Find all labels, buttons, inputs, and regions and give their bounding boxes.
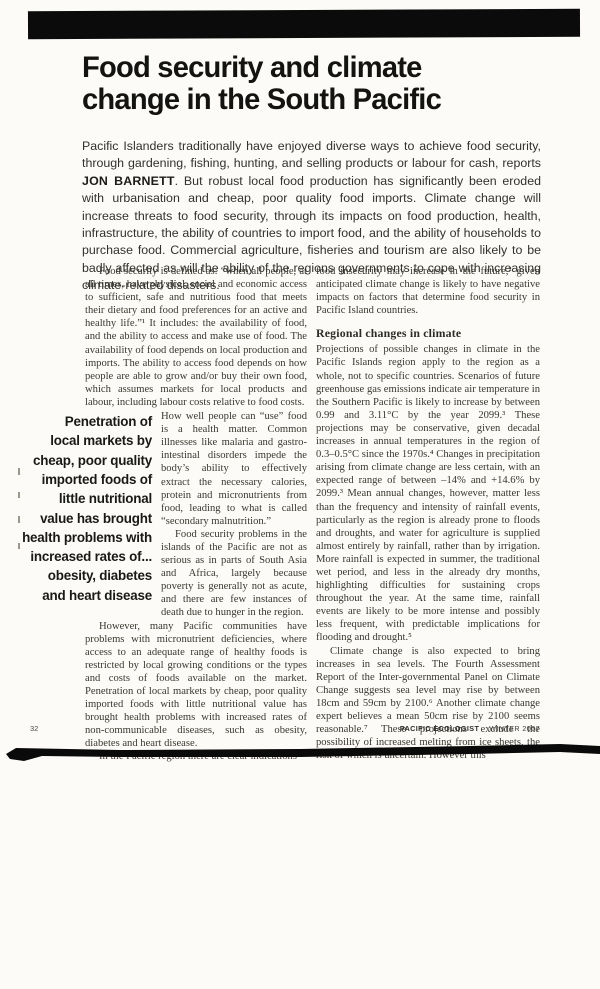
scan-artifact-mark: [18, 543, 20, 549]
issue-date: WINTER 2007: [489, 724, 540, 733]
page-edge-line: [0, 741, 600, 765]
magazine-page: Food security and climate change in the …: [0, 0, 600, 989]
page-number: 32: [30, 724, 38, 733]
pullquote-wrap-row: Penetration of local markets by cheap, p…: [15, 410, 307, 620]
section-heading: Regional changes in climate: [316, 326, 540, 340]
left-column: Food security is defined as: “when all p…: [85, 265, 307, 764]
standfirst-text-before: Pacific Islanders traditionally have enj…: [82, 139, 541, 170]
body-paragraph: Food security problems in the islands of…: [161, 528, 307, 620]
pull-quote: Penetration of local markets by cheap, p…: [15, 410, 152, 620]
body-paragraph: Food security is defined as: “when all p…: [85, 265, 307, 409]
body-paragraph: How well people can “use” food is a heal…: [161, 410, 307, 528]
scan-artifact-mark: [18, 516, 20, 523]
body-paragraph: food insecurity may increase in the futu…: [316, 265, 540, 317]
article-title: Food security and climate change in the …: [82, 52, 548, 116]
body-paragraph: However, many Pacific communities have p…: [85, 620, 307, 751]
author-name: JON BARNETT: [82, 174, 175, 188]
body-paragraph: Projections of possible changes in clima…: [316, 343, 540, 644]
journal-title: PACIFIC ECOLOGIST: [400, 724, 479, 733]
wrapped-text-column: How well people can “use” food is a heal…: [161, 410, 307, 620]
scan-artifact-mark: [18, 468, 20, 475]
scan-artifact-mark: [18, 492, 20, 498]
right-column: food insecurity may increase in the futu…: [316, 265, 540, 762]
journal-name: PACIFIC ECOLOGISTWINTER 2007: [400, 724, 540, 733]
header-bar: [28, 9, 580, 39]
